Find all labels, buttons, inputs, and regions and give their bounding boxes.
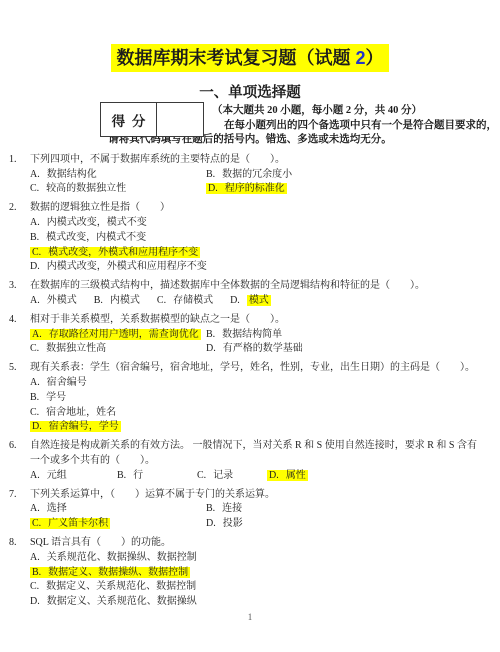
option-label: D. (32, 421, 42, 432)
question-number: 2. (0, 201, 30, 275)
option-label: C. (30, 343, 39, 354)
option-D: D.宿舍编号，学号 (30, 420, 480, 435)
option-A: A.外模式 (30, 294, 77, 309)
option-text: 关系规范化、数据操纵、数据控制 (47, 552, 197, 563)
question-text: 相对于非关系模型，关系数据模型的缺点之一是（ ）。 (30, 313, 480, 328)
question-text: 下列关系运算中，（ ）运算不属于专门的关系运算。 (30, 488, 480, 503)
option-list: A.数据结构化B.数据的冗余度小C.较高的数据独立性D.程序的标准化 (30, 168, 480, 198)
option-text: 模式改变，内模式不变 (46, 232, 146, 243)
question: 7.下列关系运算中，（ ）运算不属于专门的关系运算。A.选择B.连接C.广义笛卡… (0, 488, 500, 532)
option-text: 内模式 (110, 295, 140, 306)
option-text: 内模式改变，模式不变 (47, 217, 147, 228)
option-A: A.选择 (30, 502, 206, 517)
option-text: 数据的冗余度小 (222, 169, 292, 180)
answer-highlight: C.模式改变，外模式和应用程序不变 (30, 247, 200, 258)
option-text: 数据结构化 (47, 169, 97, 180)
score-box-empty-cell (157, 103, 203, 136)
option-label: C. (197, 470, 206, 481)
option-label: B. (94, 295, 103, 306)
question: 3.在数据库的三级模式结构中，描述数据库中全体数据的全局逻辑结构和特征的是（ ）… (0, 279, 500, 309)
option-text: 数据结构简单 (222, 329, 282, 340)
option-B: B.连接 (206, 502, 480, 517)
option-text: 数据独立性高 (46, 343, 106, 354)
option-text: 存取路径对用户透明，需查询优化 (49, 329, 199, 340)
question-number: 6. (0, 439, 30, 483)
option-text: 投影 (223, 518, 243, 529)
answer-highlight: B.数据定义、数据操纵、数据控制 (30, 567, 190, 578)
question-body: 相对于非关系模型，关系数据模型的缺点之一是（ ）。A.存取路径对用户透明，需查询… (30, 313, 500, 357)
option-label: B. (30, 392, 39, 403)
option-B: B.模式改变，内模式不变 (30, 231, 480, 246)
answer-highlight: C.广义笛卡尔积 (30, 518, 110, 529)
question-number: 4. (0, 313, 30, 357)
option-D: D.投影 (206, 517, 480, 532)
option-text: 数据定义、关系规范化、数据操纵 (47, 596, 197, 607)
option-C: C.记录 (197, 469, 267, 484)
option-D: D.属性 (267, 469, 480, 484)
option-list: A.宿舍编号B.学号C.宿舍地址，姓名D.宿舍编号，学号 (30, 376, 480, 435)
option-label: D. (230, 295, 240, 306)
option-text: 模式改变，外模式和应用程序不变 (48, 247, 198, 258)
question-body: 自然连接是构成新关系的有效方法。 一般情况下，当对关系 R 和 S 使用自然连接… (30, 439, 500, 483)
option-label: A. (30, 552, 40, 563)
question-body: 下列关系运算中，（ ）运算不属于专门的关系运算。A.选择B.连接C.广义笛卡尔积… (30, 488, 500, 532)
option-label: A. (30, 470, 40, 481)
option-label: B. (206, 503, 215, 514)
option-text: 有严格的数学基础 (223, 343, 303, 354)
option-C: C.宿舍地址，姓名 (30, 406, 480, 421)
option-text: 元组 (47, 470, 67, 481)
option-D: D.有严格的数学基础 (206, 342, 480, 357)
option-C: C.广义笛卡尔积 (30, 517, 206, 532)
option-B: B.数据定义、数据操纵、数据控制 (30, 566, 480, 581)
option-label: C. (30, 183, 39, 194)
option-list: A.外模式B.内模式C.存储模式D.模式 (30, 294, 480, 309)
option-A: A.宿舍编号 (30, 376, 480, 391)
intro-line-1: （本大题共 20 小题，每小题 2 分，共 40 分） (212, 104, 500, 119)
option-text: 宿舍编号 (47, 377, 87, 388)
title-text: 数据库期末考试复习题（试题 (116, 48, 355, 68)
exam-document-page: 数据库期末考试复习题（试题 2） 一、单项选择题 得 分 （本大题共 20 小题… (0, 0, 500, 652)
option-C: C.存储模式 (157, 294, 213, 309)
option-label: C. (32, 518, 41, 529)
option-text: 选择 (47, 503, 67, 514)
section-heading: 一、单项选择题 (0, 84, 500, 102)
question: 8.SQL 语言具有（ ）的功能。A.关系规范化、数据操纵、数据控制B.数据定义… (0, 536, 500, 610)
option-A: A.数据结构化 (30, 168, 206, 183)
option-D: D.数据定义、关系规范化、数据操纵 (30, 595, 480, 610)
option-label: A. (30, 503, 40, 514)
option-text: 广义笛卡尔积 (48, 518, 108, 529)
option-list: A.选择B.连接C.广义笛卡尔积D.投影 (30, 502, 480, 532)
option-label: A. (30, 295, 40, 306)
intro-line-3: 请将其代码填写在题后的括号内。错选、多选或未选均无分。 (0, 133, 500, 148)
option-label: A. (30, 169, 40, 180)
question-number: 5. (0, 361, 30, 435)
question-text: 数据的逻辑独立性是指（ ） (30, 201, 480, 216)
option-list: A.存取路径对用户透明，需查询优化B.数据结构简单C.数据独立性高D.有严格的数… (30, 328, 480, 358)
option-text: 内模式改变，外模式和应用程序不变 (47, 261, 207, 272)
option-label: B. (206, 169, 215, 180)
option-D: D.模式 (230, 294, 271, 309)
option-text: 宿舍地址，姓名 (46, 407, 116, 418)
answer-highlight: 模式 (247, 295, 271, 306)
question-body: 现有关系表：学生（宿舍编号，宿舍地址，学号，姓名，性别，专业，出生日期）的主码是… (30, 361, 500, 435)
option-D: D.程序的标准化 (206, 182, 480, 197)
intro-line-2: 在每小题列出的四个备选项中只有一个是符合题目要求的， (224, 119, 500, 134)
option-label: D. (208, 183, 218, 194)
question-text: SQL 语言具有（ ）的功能。 (30, 536, 480, 551)
option-label: C. (32, 247, 41, 258)
option-text: 连接 (222, 503, 242, 514)
option-text: 数据定义、数据操纵、数据控制 (48, 567, 188, 578)
option-D: D.内模式改变，外模式和应用程序不变 (30, 260, 480, 275)
page-title: 数据库期末考试复习题（试题 2） (0, 0, 500, 72)
question-body: 下列四项中，不属于数据库系统的主要特点的是（ ）。A.数据结构化B.数据的冗余度… (30, 153, 500, 197)
option-label: B. (32, 567, 41, 578)
option-list: A.关系规范化、数据操纵、数据控制B.数据定义、数据操纵、数据控制C.数据定义、… (30, 551, 480, 610)
question: 2.数据的逻辑独立性是指（ ）A.内模式改变，模式不变B.模式改变，内模式不变C… (0, 201, 500, 275)
option-A: A.关系规范化、数据操纵、数据控制 (30, 551, 480, 566)
option-text: 程序的标准化 (225, 183, 285, 194)
question-number: 8. (0, 536, 30, 610)
option-text: 较高的数据独立性 (46, 183, 126, 194)
score-box: 得 分 (100, 102, 204, 137)
option-A: A.存取路径对用户透明，需查询优化 (30, 328, 206, 343)
option-label: D. (206, 518, 216, 529)
answer-highlight: D.程序的标准化 (206, 183, 287, 194)
option-C: C.数据独立性高 (30, 342, 206, 357)
option-label: D. (269, 470, 279, 481)
option-B: B.学号 (30, 391, 480, 406)
question-body: 在数据库的三级模式结构中，描述数据库中全体数据的全局逻辑结构和特征的是（ ）。A… (30, 279, 500, 309)
option-B: B.数据结构简单 (206, 328, 480, 343)
option-label: D. (30, 596, 40, 607)
option-text: 属性 (286, 470, 306, 481)
option-text: 行 (133, 470, 143, 481)
option-text: 存储模式 (173, 295, 213, 306)
question: 6.自然连接是构成新关系的有效方法。 一般情况下，当对关系 R 和 S 使用自然… (0, 439, 500, 483)
question-number: 1. (0, 153, 30, 197)
page-number: 1 (0, 612, 500, 622)
question: 4.相对于非关系模型，关系数据模型的缺点之一是（ ）。A.存取路径对用户透明，需… (0, 313, 500, 357)
question: 1.下列四项中，不属于数据库系统的主要特点的是（ ）。A.数据结构化B.数据的冗… (0, 153, 500, 197)
question-number: 7. (0, 488, 30, 532)
title-suffix: ） (366, 48, 384, 68)
question-body: SQL 语言具有（ ）的功能。A.关系规范化、数据操纵、数据控制B.数据定义、数… (30, 536, 500, 610)
option-label: B. (30, 232, 39, 243)
question-text: 在数据库的三级模式结构中，描述数据库中全体数据的全局逻辑结构和特征的是（ ）。 (30, 279, 480, 294)
option-text: 外模式 (47, 295, 77, 306)
option-label: A. (30, 377, 40, 388)
option-B: B.数据的冗余度小 (206, 168, 480, 183)
option-label: C. (30, 407, 39, 418)
score-box-label: 得 分 (101, 103, 157, 136)
option-B: B.行 (117, 469, 197, 484)
option-B: B.内模式 (94, 294, 140, 309)
question-number: 3. (0, 279, 30, 309)
question-text: 现有关系表：学生（宿舍编号，宿舍地址，学号，姓名，性别，专业，出生日期）的主码是… (30, 361, 480, 376)
answer-highlight: A.存取路径对用户透明，需查询优化 (30, 329, 201, 340)
answer-highlight: D.属性 (267, 470, 308, 481)
option-A: A.内模式改变，模式不变 (30, 216, 480, 231)
option-label: C. (157, 295, 166, 306)
answer-highlight: D.宿舍编号，学号 (30, 421, 121, 432)
option-C: C.数据定义、关系规范化、数据控制 (30, 580, 480, 595)
option-label: A. (32, 329, 42, 340)
option-label: C. (30, 581, 39, 592)
option-list: A.元组B.行C.记录D.属性 (30, 469, 480, 484)
question: 5.现有关系表：学生（宿舍编号，宿舍地址，学号，姓名，性别，专业，出生日期）的主… (0, 361, 500, 435)
question-list: 1.下列四项中，不属于数据库系统的主要特点的是（ ）。A.数据结构化B.数据的冗… (0, 153, 500, 610)
title-highlight: 数据库期末考试复习题（试题 2） (111, 44, 388, 72)
option-C: C.模式改变，外模式和应用程序不变 (30, 246, 480, 261)
option-A: A.元组 (30, 469, 117, 484)
option-text: 记录 (213, 470, 233, 481)
option-label: B. (117, 470, 126, 481)
option-label: A. (30, 217, 40, 228)
option-label: D. (30, 261, 40, 272)
question-text: 自然连接是构成新关系的有效方法。 一般情况下，当对关系 R 和 S 使用自然连接… (30, 439, 480, 469)
option-text: 学号 (46, 392, 66, 403)
title-number: 2 (355, 48, 365, 68)
question-body: 数据的逻辑独立性是指（ ）A.内模式改变，模式不变B.模式改变，内模式不变C.模… (30, 201, 500, 275)
section-instructions: （本大题共 20 小题，每小题 2 分，共 40 分） 在每小题列出的四个备选项… (0, 104, 500, 148)
option-label: B. (206, 329, 215, 340)
option-list: A.内模式改变，模式不变B.模式改变，内模式不变C.模式改变，外模式和应用程序不… (30, 216, 480, 275)
option-label: D. (206, 343, 216, 354)
question-text: 下列四项中，不属于数据库系统的主要特点的是（ ）。 (30, 153, 480, 168)
option-text: 数据定义、关系规范化、数据控制 (46, 581, 196, 592)
option-text: 宿舍编号，学号 (49, 421, 119, 432)
option-C: C.较高的数据独立性 (30, 182, 206, 197)
